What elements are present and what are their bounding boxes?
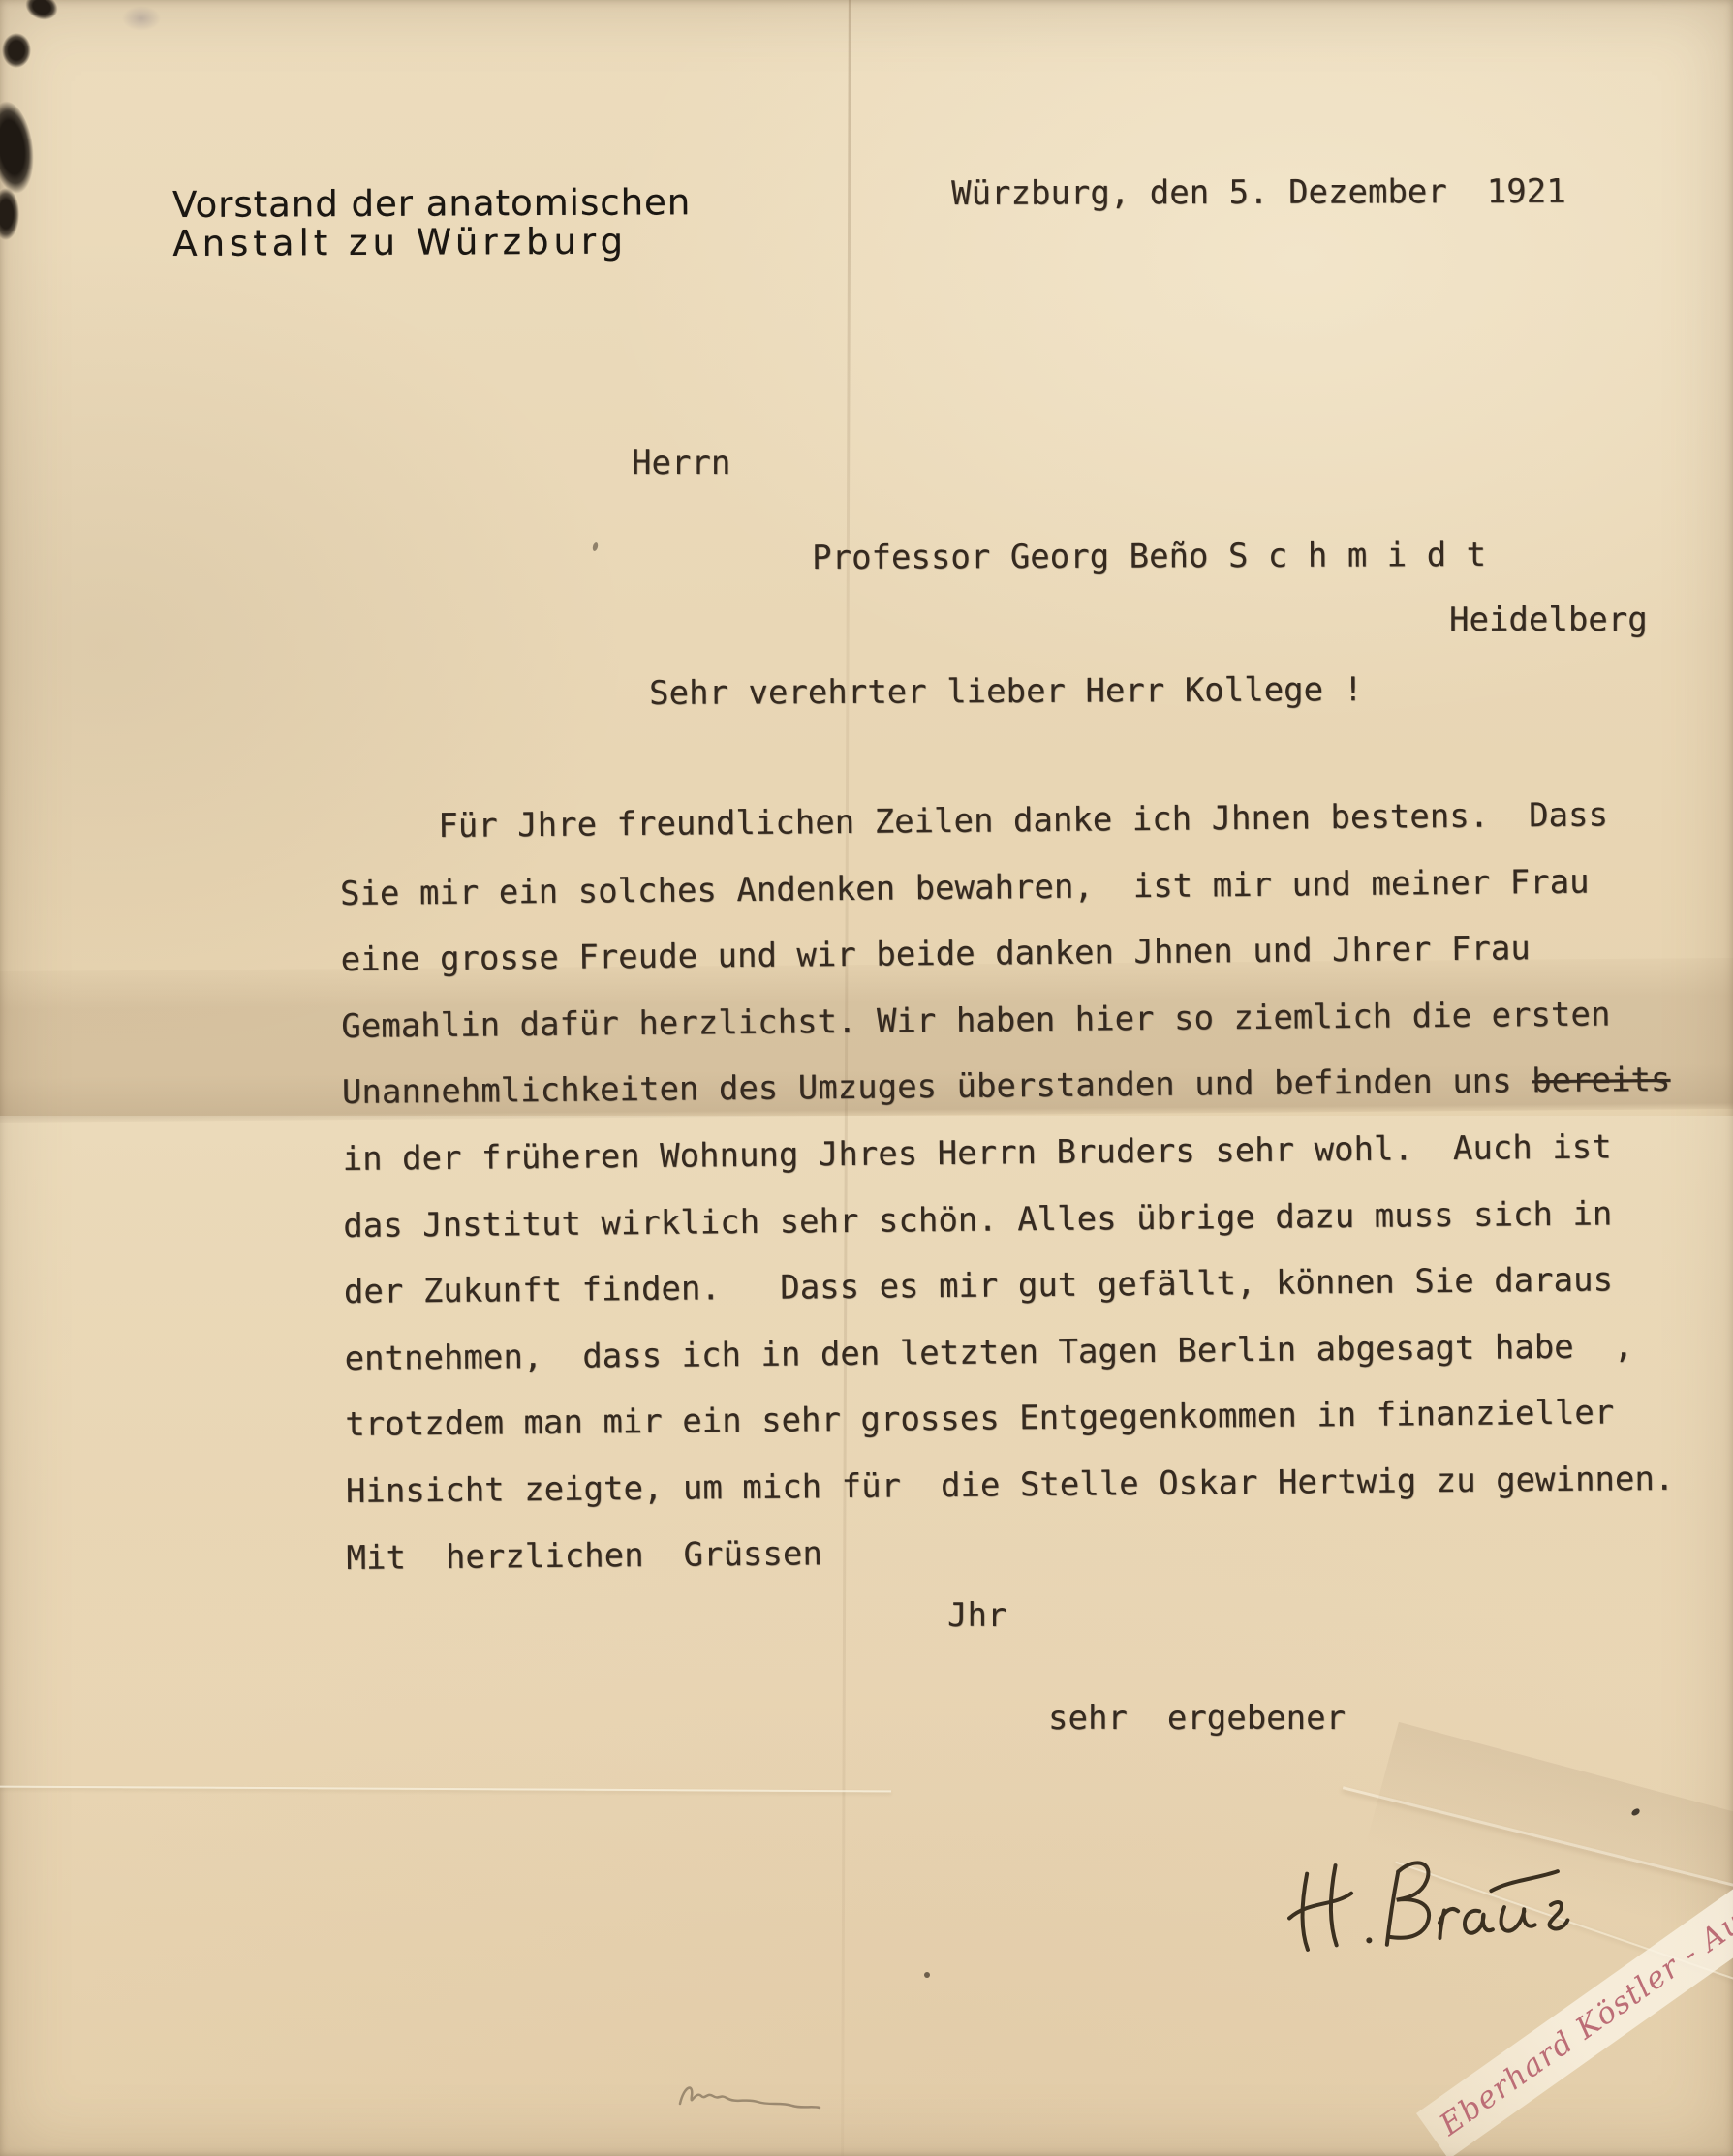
ink-speck [924,1972,930,1978]
body-line: der Zukunft finden. Dass es mir gut gefä… [344,1247,1701,1326]
ink-speck [592,542,599,552]
letterhead-line2: Anstalt zu Würzburg [172,222,691,263]
letter-scan: Vorstand der anatomischen Anstalt zu Wür… [0,0,1733,2156]
pencil-squiggle [680,2088,820,2108]
signature-stroke [1327,1865,1343,1945]
recipient-city: Heidelberg [1449,601,1648,639]
torn-edge-spot [2,33,31,68]
body-line: in der früheren Wohnung Jhres Herrn Brud… [342,1114,1699,1193]
body-line: eine grosse Freude und wir beide danken … [340,914,1697,994]
closing-pronoun: Jhr [947,1596,1006,1635]
signature-stroke [1380,1871,1404,1944]
salutation-line: Sehr verehrter lieber Herr Kollege ! [649,670,1363,713]
closing-valediction: sehr ergebener [1048,1699,1346,1738]
body-line: Hinsicht zeigte, um mich für die Stelle … [346,1445,1703,1525]
struck-word: bereits [1532,1061,1671,1100]
body-line: Für Jhre freundlichen Zeilen danke ich J… [339,782,1696,861]
signature-stroke [1287,1894,1352,1919]
torn-edge-spot [0,98,39,196]
dateline: Würzburg, den 5. Dezember 1921 [951,172,1566,213]
recipient-salutation-word: Herrn [632,444,730,482]
signature-stroke [1548,1901,1568,1929]
torn-edge-spot [0,188,19,240]
letterhead-line1: Vorstand der anatomischen [172,183,691,225]
letter-body: Für Jhre freundlichen Zeilen danke ich J… [339,782,1703,1592]
torn-edge-spot [22,0,62,24]
signature-stroke [1464,1909,1493,1933]
recipient-name: Professor Georg Beño S c h m i d t [812,536,1486,577]
body-line-text: Unannehmlichkeiten des Umzuges überstand… [342,1063,1532,1113]
signature-stroke [1438,1908,1460,1937]
signature-flourish [1490,1871,1559,1891]
body-line-closing-greeting: Mit herzlichen Grüssen [346,1512,1703,1591]
signature-period [1366,1937,1373,1944]
letterhead: Vorstand der anatomischen Anstalt zu Wür… [172,183,692,263]
smudge-mark [122,6,161,31]
signature-stroke [1500,1904,1535,1931]
pencil-annotation [668,2069,843,2127]
